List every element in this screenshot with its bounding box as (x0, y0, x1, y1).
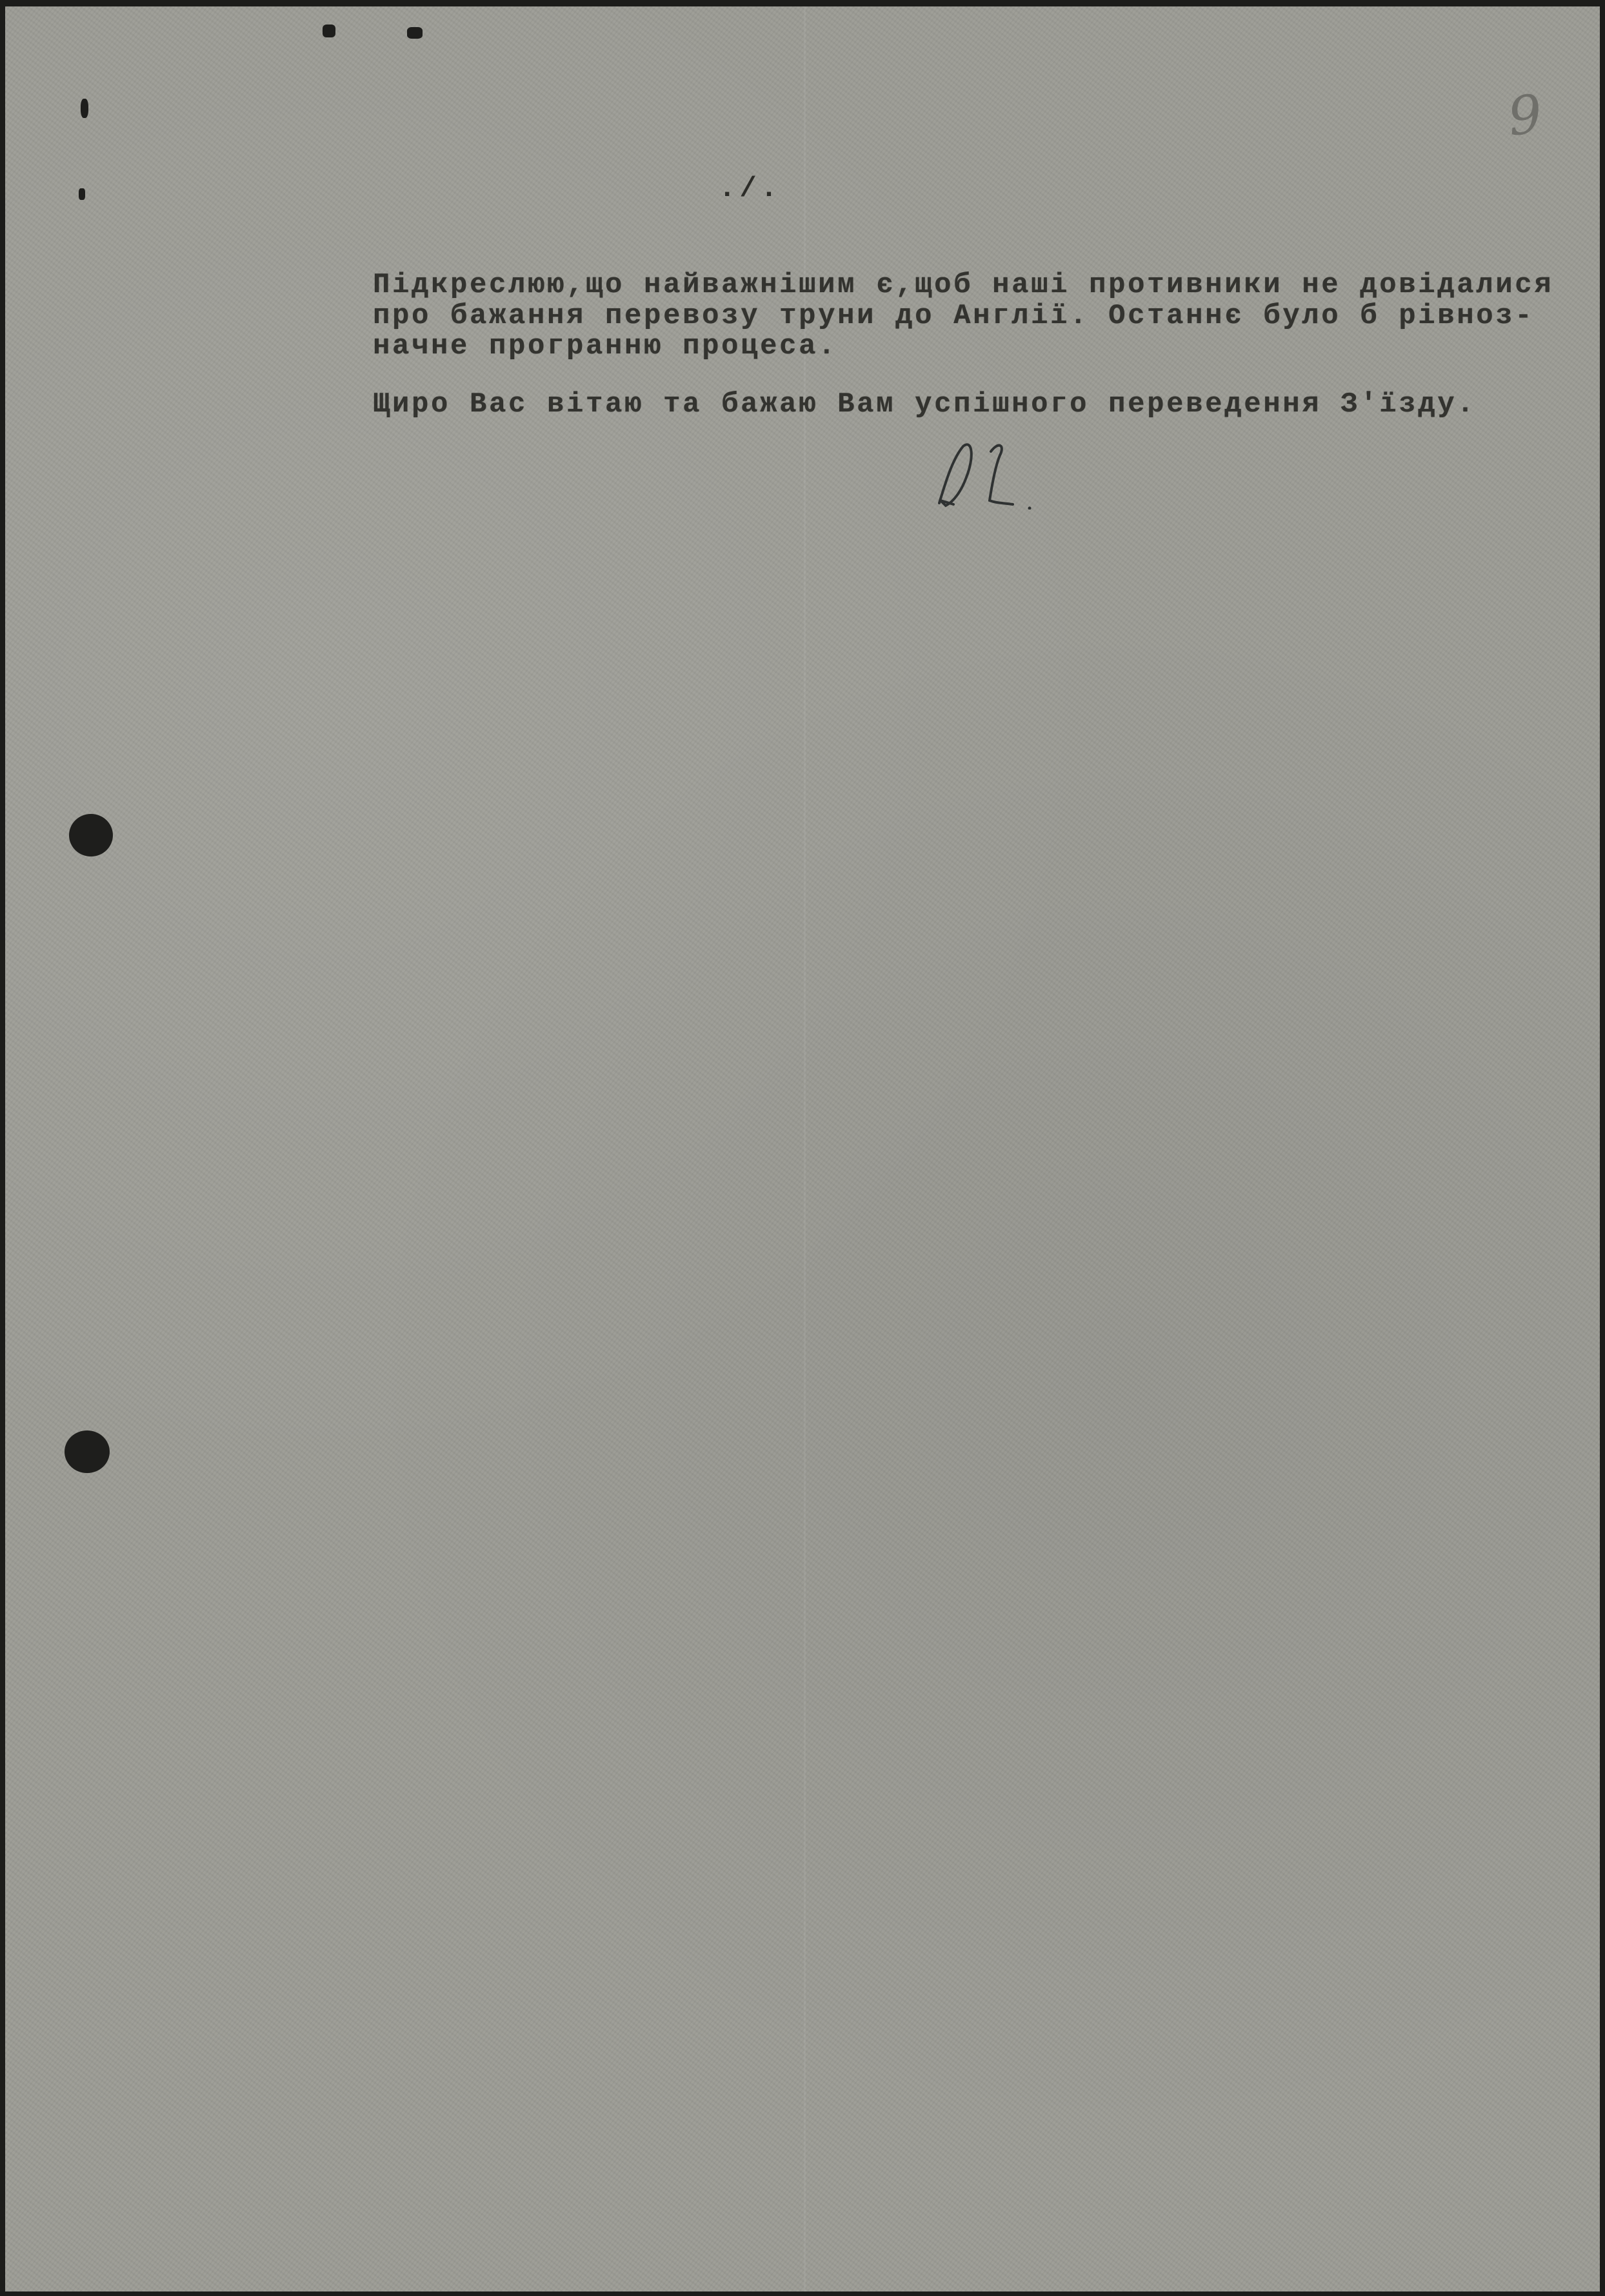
handwritten-signature (928, 439, 1076, 510)
paragraph-2-line-1: Щиро Вас вітаю та бажаю Вам успішного пе… (373, 389, 1476, 420)
left-edge-tear-lower (79, 188, 85, 200)
page-number: 9 (1505, 84, 1545, 148)
binder-hole-lower (65, 1430, 110, 1473)
left-edge-tear-upper (81, 99, 88, 118)
binder-hole-upper (69, 814, 113, 856)
paragraph-1-line-1: Підкреслюю,що найважнішим є,щоб наші про… (373, 270, 1553, 301)
paragraph-1-line-2: про бажання перевозу труни до Англії. Ос… (373, 301, 1534, 332)
continuation-mark: ./. (719, 173, 781, 205)
paragraph-1-line-3: начне програнню процеса. (373, 331, 837, 362)
document-page: ./. 9 Підкреслюю,що найважнішим є,щоб на… (5, 6, 1600, 2291)
top-hole-mark-left (323, 25, 335, 37)
top-hole-mark-right (407, 27, 423, 39)
